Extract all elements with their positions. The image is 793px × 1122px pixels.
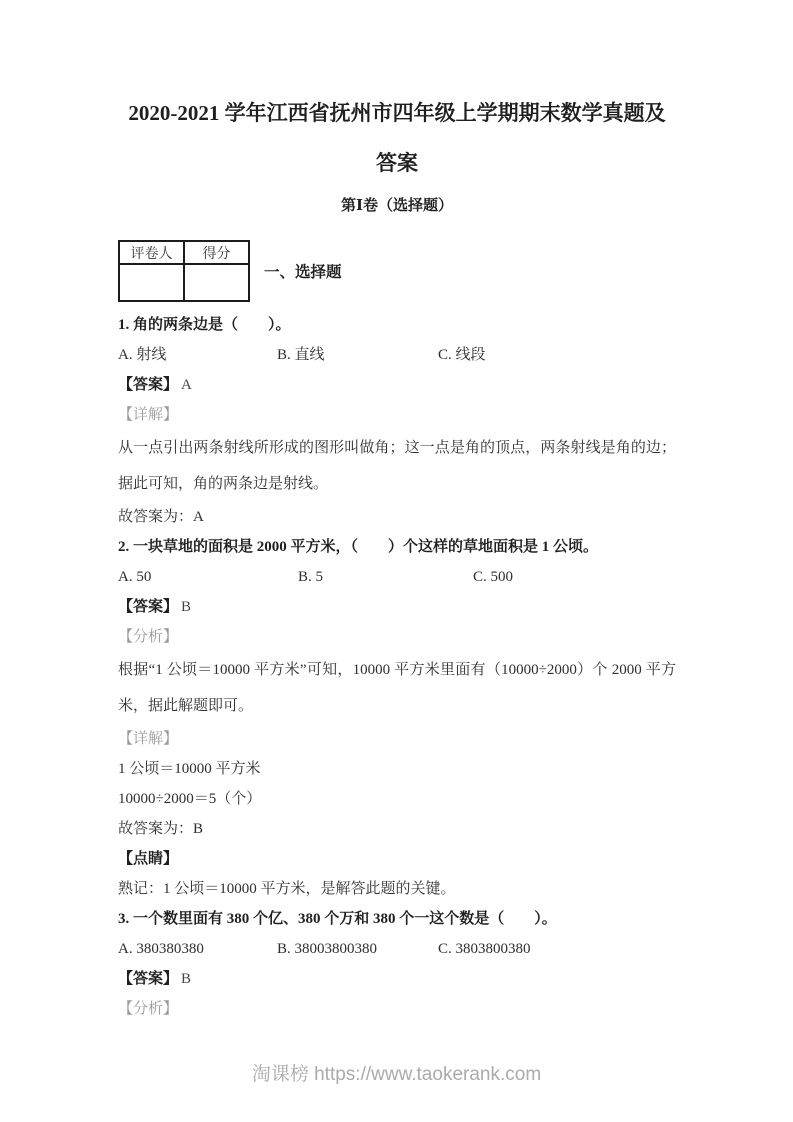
question-1-explanation-paragraph: 从一点引出两条射线所形成的图形叫做角；这一点是角的顶点，两条射线是角的边；据此可…	[118, 430, 676, 502]
question-2-conclusion-line: 故答案为：B	[118, 814, 676, 844]
question-1-conclusion-line: 故答案为：A	[118, 502, 676, 532]
score-table-grader-cell	[119, 264, 184, 301]
paper-section-heading: 第Ⅰ卷（选择题）	[118, 191, 676, 221]
question-2-detail-label: 【详解】	[118, 724, 676, 754]
question-3-option-a: A. 380380380	[118, 934, 277, 964]
score-table-score-cell	[184, 264, 249, 301]
question-1-stem: 1. 角的两条边是（ ）。	[118, 310, 676, 340]
question-1-detail-label: 【详解】	[118, 400, 676, 430]
question-3-analysis-label: 【分析】	[118, 994, 676, 1024]
question-3-option-c: C. 3803800380	[438, 934, 676, 964]
score-table-grader-header: 评卷人	[119, 241, 184, 264]
question-2-answer-line: 【答案】B	[118, 592, 676, 622]
section-heading: 一、选择题	[264, 260, 342, 282]
question-1-option-c: C. 线段	[438, 340, 676, 370]
score-row: 评卷人 得分 一、选择题	[118, 240, 676, 302]
document-page: 2020-2021 学年江西省抚州市四年级上学期期末数学真题及 答案 第Ⅰ卷（选…	[0, 0, 793, 1122]
question-2-answer-label: 【答案】	[118, 599, 178, 615]
question-1-answer-label: 【答案】	[118, 377, 178, 393]
question-3-option-b: B. 38003800380	[277, 934, 438, 964]
title-line-2: 答案	[118, 138, 676, 188]
question-1-option-a: A. 射线	[118, 340, 277, 370]
title-line-1: 2020-2021 学年江西省抚州市四年级上学期期末数学真题及	[118, 88, 676, 138]
question-3-options-row: A. 380380380 B. 38003800380 C. 380380038…	[118, 934, 676, 964]
question-1-options-row: A. 射线 B. 直线 C. 线段	[118, 340, 676, 370]
question-2-stem: 2. 一块草地的面积是 2000 平方米，（ ）个这样的草地面积是 1 公顷。	[118, 532, 676, 562]
question-2-options-row: A. 50 B. 5 C. 500	[118, 562, 676, 592]
question-2-detail-line-2: 10000÷2000＝5（个）	[118, 784, 676, 814]
score-table: 评卷人 得分	[118, 240, 250, 302]
question-3-stem: 3. 一个数里面有 380 个亿、380 个万和 380 个一这个数是（ ）。	[118, 904, 676, 934]
question-3-answer-value: B	[178, 971, 191, 987]
question-3-answer-label: 【答案】	[118, 971, 178, 987]
question-2-tip-label: 【点睛】	[118, 844, 676, 874]
question-2-option-b: B. 5	[298, 562, 473, 592]
footer-watermark: 淘课榜 https://www.taokerank.com	[0, 1060, 793, 1090]
score-table-score-header: 得分	[184, 241, 249, 264]
question-2-analysis-paragraph: 根据“1 公顷＝10000 平方米”可知，10000 平方米里面有（10000÷…	[118, 652, 676, 724]
question-1-answer-value: A	[178, 377, 192, 393]
question-2-tip-line: 熟记：1 公顷＝10000 平方米，是解答此题的关键。	[118, 874, 676, 904]
page-title: 2020-2021 学年江西省抚州市四年级上学期期末数学真题及 答案	[118, 88, 676, 188]
question-2-option-a: A. 50	[118, 562, 298, 592]
question-2-option-c: C. 500	[473, 562, 676, 592]
question-1-option-b: B. 直线	[277, 340, 438, 370]
question-1-answer-line: 【答案】A	[118, 370, 676, 400]
question-3-answer-line: 【答案】B	[118, 964, 676, 994]
question-2-analysis-label: 【分析】	[118, 622, 676, 652]
question-2-detail-line-1: 1 公顷＝10000 平方米	[118, 754, 676, 784]
question-2-answer-value: B	[178, 599, 191, 615]
